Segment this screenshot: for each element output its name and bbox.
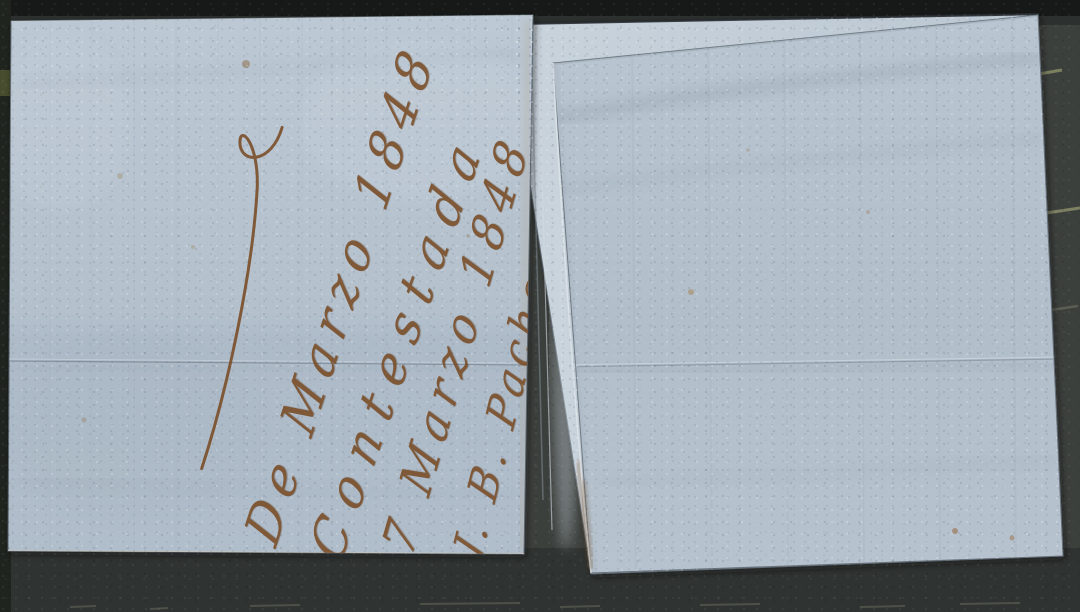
stain	[242, 60, 250, 68]
right-letter-top-flap	[553, 15, 1063, 573]
stain	[117, 173, 123, 179]
photo-of-folded-letter: De Marzo 1848 Contestada 7 Marzo 1848 J.…	[0, 0, 1080, 612]
mat-scratch-green	[0, 70, 10, 96]
stain	[466, 234, 470, 238]
stain	[82, 418, 87, 423]
photo-layers	[0, 0, 1080, 612]
mat-top-strip	[0, 0, 1080, 16]
stain	[191, 245, 195, 249]
